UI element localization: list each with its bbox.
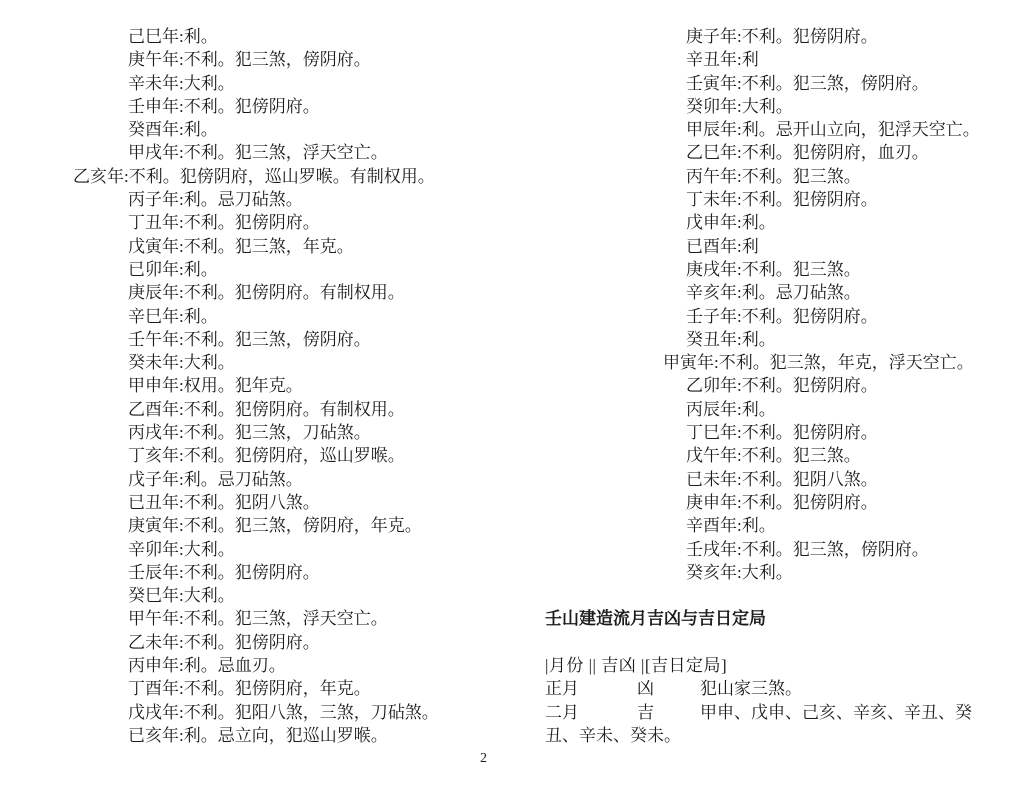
year-line: 癸亥年:大利。 <box>545 561 1010 584</box>
year-line: 癸卯年:大利。 <box>545 95 1010 118</box>
month-table-row: 二月 吉 甲申、戊申、己亥、辛亥、辛丑、癸 <box>545 701 1010 724</box>
year-line: 丁未年:不利。犯傍阴府。 <box>545 188 1010 211</box>
year-line: 丁丑年:不利。犯傍阴府。 <box>30 211 510 234</box>
month-table-row: 正月 凶 犯山家三煞。 <box>545 677 1010 700</box>
year-line: 已未年:不利。犯阴八煞。 <box>545 468 1010 491</box>
days-cell: 犯山家三煞。 <box>700 677 802 700</box>
year-line: 壬辰年:不利。犯傍阴府。 <box>30 561 510 584</box>
year-line: 辛巳年:利。 <box>30 305 510 328</box>
year-line: 戊申年:利。 <box>545 211 1010 234</box>
year-line: 壬申年:不利。犯傍阴府。 <box>30 95 510 118</box>
year-line: 庚申年:不利。犯傍阴府。 <box>545 491 1010 514</box>
year-line: 丙申年:利。忌血刃。 <box>30 654 510 677</box>
year-line: 癸酉年:利。 <box>30 118 510 141</box>
month-cell: 二月 <box>545 701 637 724</box>
year-line: 丁亥年:不利。犯傍阴府，巡山罗喉。 <box>30 444 510 467</box>
year-line: 乙巳年:不利。犯傍阴府，血刃。 <box>545 141 1010 164</box>
year-line: 丙午年:不利。犯三煞。 <box>545 165 1010 188</box>
year-line: 乙亥年:不利。犯傍阴府，巡山罗喉。有制权用。 <box>30 165 510 188</box>
year-line: 癸巳年:大利。 <box>30 584 510 607</box>
year-line: 庚戌年:不利。犯三煞。 <box>545 258 1010 281</box>
year-line: 丁酉年:不利。犯傍阴府，年克。 <box>30 677 510 700</box>
year-line: 丙子年:利。忌刀砧煞。 <box>30 188 510 211</box>
year-line: 庚午年:不利。犯三煞，傍阴府。 <box>30 48 510 71</box>
year-line: 癸丑年:利。 <box>545 328 1010 351</box>
year-line: 已卯年:利。 <box>30 258 510 281</box>
year-line: 癸未年:大利。 <box>30 351 510 374</box>
month-cell: 正月 <box>545 677 637 700</box>
year-line: 壬午年:不利。犯三煞，傍阴府。 <box>30 328 510 351</box>
luck-cell: 吉 <box>637 701 700 724</box>
days-cell: 甲申、戊申、己亥、辛亥、辛丑、癸 <box>700 701 972 724</box>
year-line: 已丑年:不利。犯阴八煞。 <box>30 491 510 514</box>
left-text-column: 己巳年:利。 庚午年:不利。犯三煞，傍阴府。 辛未年:大利。 壬申年:不利。犯傍… <box>30 25 510 747</box>
year-line: 戊午年:不利。犯三煞。 <box>545 444 1010 467</box>
luck-cell: 凶 <box>637 677 700 700</box>
year-line: 甲戌年:不利。犯三煞，浮天空亡。 <box>30 141 510 164</box>
year-line: 庚子年:不利。犯傍阴府。 <box>545 25 1010 48</box>
year-line: 壬子年:不利。犯傍阴府。 <box>545 305 1010 328</box>
year-line: 乙酉年:不利。犯傍阴府。有制权用。 <box>30 398 510 421</box>
year-line: 辛亥年:利。忌刀砧煞。 <box>545 281 1010 304</box>
year-line: 戊子年:利。忌刀砧煞。 <box>30 468 510 491</box>
year-line: 戊寅年:不利。犯三煞，年克。 <box>30 235 510 258</box>
year-line: 庚寅年:不利。犯三煞，傍阴府，年克。 <box>30 514 510 537</box>
year-line: 辛卯年:大利。 <box>30 538 510 561</box>
year-line: 丙辰年:利。 <box>545 398 1010 421</box>
section-heading: 壬山建造流月吉凶与吉日定局 <box>545 607 1010 630</box>
year-line: 辛未年:大利。 <box>30 72 510 95</box>
right-year-list: 庚子年:不利。犯傍阴府。 辛丑年:利 壬寅年:不利。犯三煞，傍阴府。 癸卯年:大… <box>545 25 1010 584</box>
year-line: 乙未年:不利。犯傍阴府。 <box>30 631 510 654</box>
year-line: 己巳年:利。 <box>30 25 510 48</box>
year-line: 壬寅年:不利。犯三煞，傍阴府。 <box>545 72 1010 95</box>
right-text-column: 庚子年:不利。犯傍阴府。 辛丑年:利 壬寅年:不利。犯三煞，傍阴府。 癸卯年:大… <box>545 25 1010 747</box>
year-line: 辛丑年:利 <box>545 48 1010 71</box>
year-line: 庚辰年:不利。犯傍阴府。有制权用。 <box>30 281 510 304</box>
document-page: 己巳年:利。 庚午年:不利。犯三煞，傍阴府。 辛未年:大利。 壬申年:不利。犯傍… <box>0 0 1028 790</box>
year-line: 乙卯年:不利。犯傍阴府。 <box>545 374 1010 397</box>
year-line: 丁巳年:不利。犯傍阴府。 <box>545 421 1010 444</box>
year-line: 壬戌年:不利。犯三煞，傍阴府。 <box>545 538 1010 561</box>
year-line: 已酉年:利 <box>545 235 1010 258</box>
page-number: 2 <box>480 751 487 767</box>
year-line: 甲午年:不利。犯三煞，浮天空亡。 <box>30 607 510 630</box>
year-line: 戊戌年:不利。犯阳八煞，三煞，刀砧煞。 <box>30 701 510 724</box>
year-line: 甲申年:权用。犯年克。 <box>30 374 510 397</box>
year-line: 甲寅年:不利。犯三煞，年克，浮天空亡。 <box>545 351 1010 374</box>
month-table-rows: 正月 凶 犯山家三煞。 二月 吉 甲申、戊申、己亥、辛亥、辛丑、癸 <box>545 677 1010 724</box>
table-continuation-line: 丑、辛未、癸未。 <box>545 724 1010 747</box>
year-line: 甲辰年:利。忌开山立向，犯浮天空亡。 <box>545 118 1010 141</box>
year-line: 丙戌年:不利。犯三煞，刀砧煞。 <box>30 421 510 444</box>
year-line: 已亥年:利。忌立向，犯巡山罗喉。 <box>30 724 510 747</box>
month-table-header: |月份 || 吉凶 |[吉日定局] <box>545 654 1010 677</box>
year-line: 辛酉年:利。 <box>545 514 1010 537</box>
